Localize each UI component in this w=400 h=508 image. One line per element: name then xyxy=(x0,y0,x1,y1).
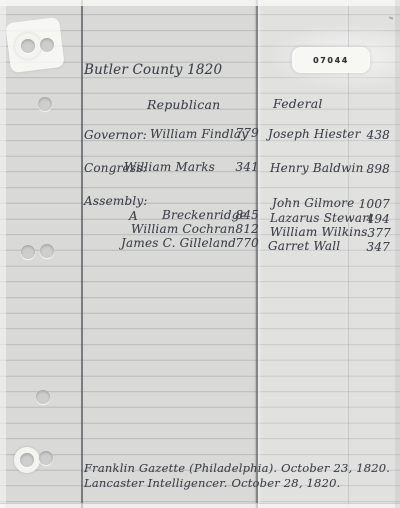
punch-hole xyxy=(36,390,50,404)
vote-count: 377 xyxy=(353,226,391,240)
office-label-governor: Governor: xyxy=(84,128,147,142)
vote-count: 845 xyxy=(223,208,259,222)
candidate-name: Joseph Hiester xyxy=(268,127,361,141)
column-header-federal: Federal xyxy=(273,97,323,111)
vote-count: 341 xyxy=(223,160,259,174)
paper-bottom-edge xyxy=(0,503,400,508)
vote-count: 898 xyxy=(352,162,390,176)
candidate-name: James C. Gilleland xyxy=(121,236,236,250)
paper-right-edge xyxy=(395,0,400,508)
vote-count: 347 xyxy=(352,240,390,254)
archive-sticker: 07044 xyxy=(292,47,370,73)
candidate-name: John Gilmore xyxy=(272,196,354,210)
vote-count: 779 xyxy=(223,126,259,140)
center-sheet-edge-line xyxy=(256,0,258,508)
punch-hole xyxy=(20,453,34,467)
candidate-initial: A xyxy=(129,209,138,223)
candidate-name: William Cochran xyxy=(131,222,235,236)
column-header-republican: Republican xyxy=(147,98,220,112)
vote-count: 812 xyxy=(223,222,259,236)
paper-top-edge xyxy=(0,0,400,6)
left-margin-line xyxy=(81,0,83,508)
punch-hole xyxy=(21,245,35,259)
punch-hole xyxy=(40,244,54,258)
punch-hole xyxy=(38,97,52,111)
candidate-name: Henry Baldwin xyxy=(270,161,364,175)
candidate-name: William Marks xyxy=(124,160,215,174)
page-title: Butler County 1820 xyxy=(84,63,222,77)
vote-count: 770 xyxy=(223,236,259,250)
punch-hole xyxy=(21,39,35,53)
right-faint-rule-line xyxy=(348,0,349,508)
vote-count: 494 xyxy=(352,212,390,226)
punch-hole xyxy=(39,451,53,465)
office-label-assembly: Assembly: xyxy=(84,194,148,208)
vote-count: 1007 xyxy=(350,197,390,211)
source-citation: Franklin Gazette (Philadelphia). October… xyxy=(84,461,390,475)
candidate-name: Garret Wall xyxy=(268,239,340,253)
scanned-notebook-page: 07044 Butler County 1820 Republican Fede… xyxy=(0,0,400,508)
archive-number: 07044 xyxy=(313,56,349,65)
punch-hole xyxy=(40,38,54,52)
source-citation: Lancaster Intelligencer. October 28, 182… xyxy=(84,476,340,490)
paper-left-edge xyxy=(0,0,6,508)
vote-count: 438 xyxy=(352,128,390,142)
